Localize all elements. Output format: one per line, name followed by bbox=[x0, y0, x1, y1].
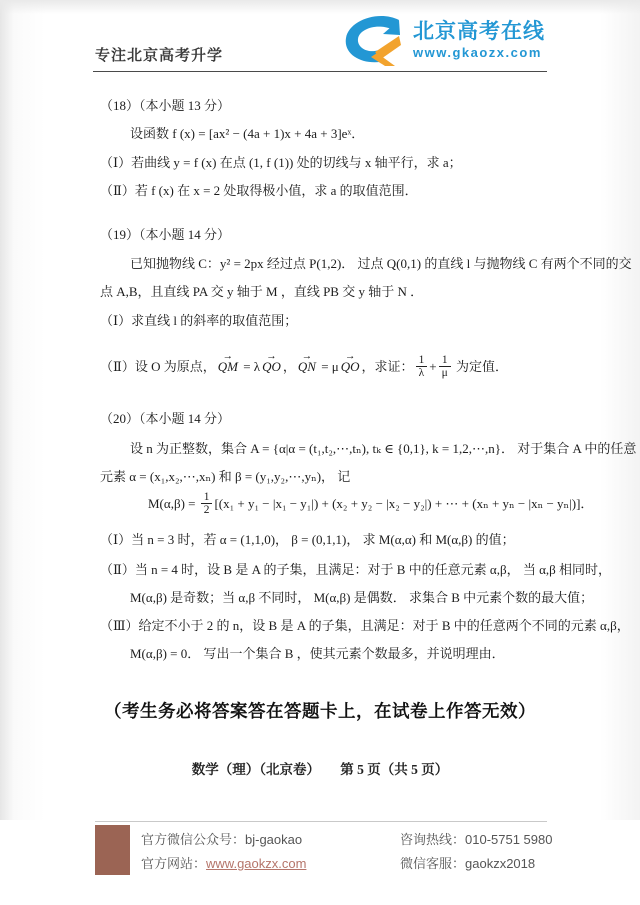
q19-sep1: ， bbox=[283, 359, 296, 374]
exam-body: （18）（本小题 13 分） 设函数 f (x) = [ax² − (4a + … bbox=[0, 90, 640, 662]
brand-logo: 北京高考在线 www.gkaozx.com bbox=[341, 14, 545, 66]
q20-stem-line1: 设 n 为正整数，集合 A = {α|α = (t₁,t₂,⋯,tₙ), tₖ … bbox=[100, 441, 562, 457]
q19-plus: + bbox=[429, 359, 436, 374]
q19-part2: （Ⅱ）设 O 为原点，QM = λQO，QN = μQO，求证：1λ+1μ 为定… bbox=[100, 345, 562, 379]
scanned-exam-page: 专注北京高考升学 北京高考在线 www.gkaozx.com （18）（本小题 … bbox=[0, 0, 640, 905]
q20-formula-lhs: M(α,β) = bbox=[148, 496, 199, 511]
fraction-1-over-mu: 1μ bbox=[439, 354, 451, 379]
website-line: 官方网站：www.gaokzx.com bbox=[141, 852, 306, 876]
q20-formula: M(α,β) = 12[(x₁ + y₁ − |x₁ − y₁|) + (x₂ … bbox=[100, 491, 562, 516]
vector-QM: QM bbox=[218, 359, 238, 375]
website-label: 官方网站： bbox=[141, 856, 206, 871]
frac2-numerator: 1 bbox=[439, 354, 451, 367]
half-numerator: 1 bbox=[201, 491, 213, 504]
fraction-1-over-lambda: 1λ bbox=[416, 354, 428, 379]
logo-site-url: www.gkaozx.com bbox=[413, 46, 545, 59]
frac1-denominator: λ bbox=[416, 367, 428, 379]
q20-part2-line1: （Ⅱ）当 n = 4 时，设 B 是 A 的子集，且满足：对于 B 中的任意元素… bbox=[100, 562, 562, 578]
frac2-denominator: μ bbox=[439, 367, 451, 379]
header-divider bbox=[93, 71, 547, 72]
q18-part2: （Ⅱ）若 f (x) 在 x = 2 处取得极小值，求 a 的取值范围． bbox=[100, 183, 562, 199]
footer-divider bbox=[95, 821, 547, 822]
answer-sheet-notice: （考生务必将答案答在答题卡上，在试卷上作答无效） bbox=[0, 698, 640, 723]
logo-site-name: 北京高考在线 bbox=[413, 21, 545, 42]
q19-eq1: = λ bbox=[240, 359, 260, 374]
page-header: 专注北京高考升学 北京高考在线 www.gkaozx.com bbox=[0, 0, 640, 90]
wechat-service: 微信客服：gaokzx2018 bbox=[400, 852, 552, 876]
q19-stem-line1: 已知抛物线 C：y² = 2px 经过点 P(1,2)． 过点 Q(0,1) 的… bbox=[100, 256, 562, 272]
q19-eq2: = μ bbox=[318, 359, 339, 374]
q18-part1: （Ⅰ）若曲线 y = f (x) 在点 (1, f (1)) 处的切线与 x 轴… bbox=[100, 155, 562, 171]
vector-QO-2: QO bbox=[341, 359, 360, 375]
wechat-account: 官方微信公众号：bj-gaokao bbox=[141, 828, 306, 852]
q19-title: （19）（本小题 14 分） bbox=[100, 227, 562, 243]
brand-square-icon bbox=[95, 825, 130, 875]
contact-footer: 官方微信公众号：bj-gaokao 官方网站：www.gaokzx.com 咨询… bbox=[0, 820, 640, 905]
website-link[interactable]: www.gaokzx.com bbox=[206, 856, 306, 871]
page-number-line: 数学（理）（北京卷） 第 5 页（共 5 页） bbox=[0, 758, 640, 778]
q20-part3-line2: M(α,β) = 0． 写出一个集合 B ，使其元素个数最多，并说明理由． bbox=[100, 646, 562, 662]
q20-part3-line1: （Ⅲ）给定不小于 2 的 n，设 B 是 A 的子集，且满足：对于 B 中的任意… bbox=[100, 618, 562, 634]
q20-part1: （Ⅰ）当 n = 3 时，若 α = (1,1,0)， β = (0,1,1)，… bbox=[100, 532, 562, 548]
hotline: 咨询热线：010-5751 5980 bbox=[400, 828, 552, 852]
q20-formula-rhs: [(x₁ + y₁ − |x₁ − y₁|) + (x₂ + y₂ − |x₂ … bbox=[214, 496, 593, 511]
logo-text: 北京高考在线 www.gkaozx.com bbox=[413, 21, 545, 59]
half-denominator: 2 bbox=[201, 504, 213, 516]
q19-part2-suffix: 为定值． bbox=[453, 359, 508, 374]
gk-logo-icon bbox=[341, 14, 405, 66]
contact-right-column: 咨询热线：010-5751 5980 微信客服：gaokzx2018 bbox=[400, 828, 552, 876]
q20-title: （20）（本小题 14 分） bbox=[100, 411, 562, 427]
contact-left-column: 官方微信公众号：bj-gaokao 官方网站：www.gaokzx.com bbox=[141, 828, 306, 876]
q19-sep2: ，求证： bbox=[362, 359, 414, 374]
q18-stem: 设函数 f (x) = [ax² − (4a + 1)x + 4a + 3]eˣ… bbox=[100, 126, 562, 142]
vector-QN: QN bbox=[298, 359, 316, 375]
q20-stem-line2: 元素 α = (x₁,x₂,⋯,xₙ) 和 β = (y₁,y₂,⋯,yₙ)， … bbox=[100, 469, 562, 485]
q19-part1: （Ⅰ）求直线 l 的斜率的取值范围； bbox=[100, 313, 562, 329]
q19-stem-line2: 点 A,B，且直线 PA 交 y 轴于 M ，直线 PB 交 y 轴于 N ． bbox=[100, 284, 562, 300]
vector-QO: QO bbox=[262, 359, 281, 375]
q18-title: （18）（本小题 13 分） bbox=[100, 98, 562, 114]
frac1-numerator: 1 bbox=[416, 354, 428, 367]
brand-tagline: 专注北京高考升学 bbox=[95, 44, 223, 65]
q20-part2-line2: M(α,β) 是奇数；当 α,β 不同时， M(α,β) 是偶数． 求集合 B … bbox=[100, 590, 562, 606]
fraction-one-half: 12 bbox=[201, 491, 213, 516]
q19-part2-prefix: （Ⅱ）设 O 为原点， bbox=[100, 359, 216, 374]
